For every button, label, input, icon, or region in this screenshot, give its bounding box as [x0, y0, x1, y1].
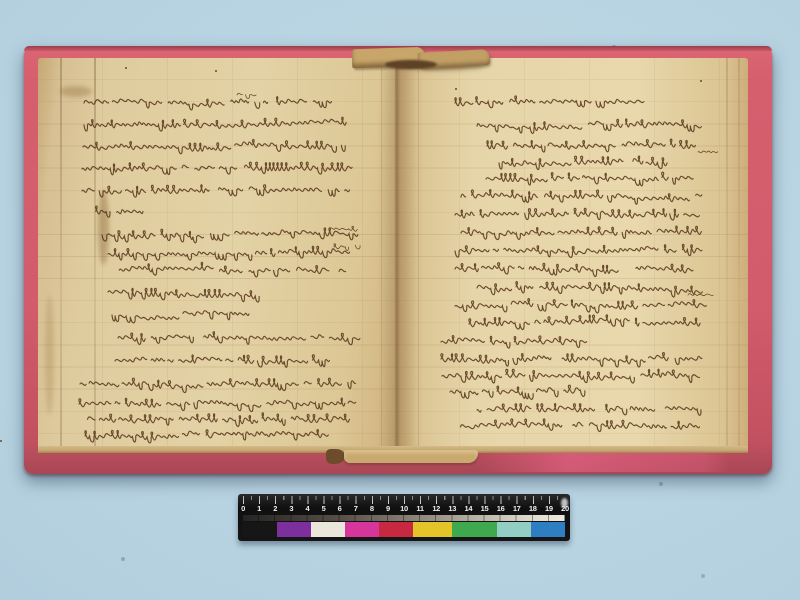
- ruler-number: 7: [354, 504, 358, 513]
- calibration-ruler: 01234567891011121314151617181920: [238, 494, 570, 541]
- ruler-number: 17: [513, 504, 521, 513]
- ruler-number: 6: [338, 504, 342, 513]
- ruler-number: 10: [400, 504, 408, 513]
- color-patch-cyan: [497, 522, 531, 537]
- cover-top-rim: [24, 46, 772, 51]
- cover-bottom-highlight: [480, 450, 730, 472]
- ruler-number: 5: [322, 504, 326, 513]
- ruler-number: 19: [545, 504, 553, 513]
- ruler-glare: [561, 498, 568, 508]
- ruler-number: 12: [432, 504, 440, 513]
- ruler-number: 8: [370, 504, 374, 513]
- ruler-ticks-minor: [243, 496, 565, 500]
- bottom-page-edges: [38, 446, 748, 453]
- dust-speckles: [0, 0, 2, 2]
- ruler-number: 4: [305, 504, 309, 513]
- ruler-number: 13: [448, 504, 456, 513]
- color-patch-green: [452, 522, 497, 537]
- ruler-color-patches: [243, 522, 565, 537]
- color-patch-magenta: [345, 522, 379, 537]
- right-page: [395, 58, 748, 452]
- color-patch-white: [311, 522, 345, 537]
- color-patch-yellow: [413, 522, 452, 537]
- ruler-grayscale-strip: [243, 515, 565, 521]
- ruler-number: 3: [289, 504, 293, 513]
- color-patch-purple: [277, 522, 311, 537]
- color-patch-red: [379, 522, 413, 537]
- ruler-number: 1: [257, 504, 261, 513]
- ruler-number: 15: [481, 504, 489, 513]
- ruler-number: 11: [416, 504, 423, 513]
- color-patch-blue: [531, 522, 565, 537]
- ruler-number: 14: [465, 504, 473, 513]
- ruler-number: 2: [273, 504, 277, 513]
- color-patch-black: [243, 522, 277, 537]
- ruler-number: 18: [529, 504, 537, 513]
- left-page: [38, 58, 395, 452]
- ruler-number: 16: [497, 504, 505, 513]
- ink-speck: [0, 440, 2, 442]
- photo-scene: 01234567891011121314151617181920: [0, 0, 800, 600]
- ruler-number-row: 01234567891011121314151617181920: [243, 504, 565, 514]
- ruler-number: 9: [386, 504, 390, 513]
- open-pages: [38, 58, 748, 452]
- ruler-number: 0: [241, 504, 245, 513]
